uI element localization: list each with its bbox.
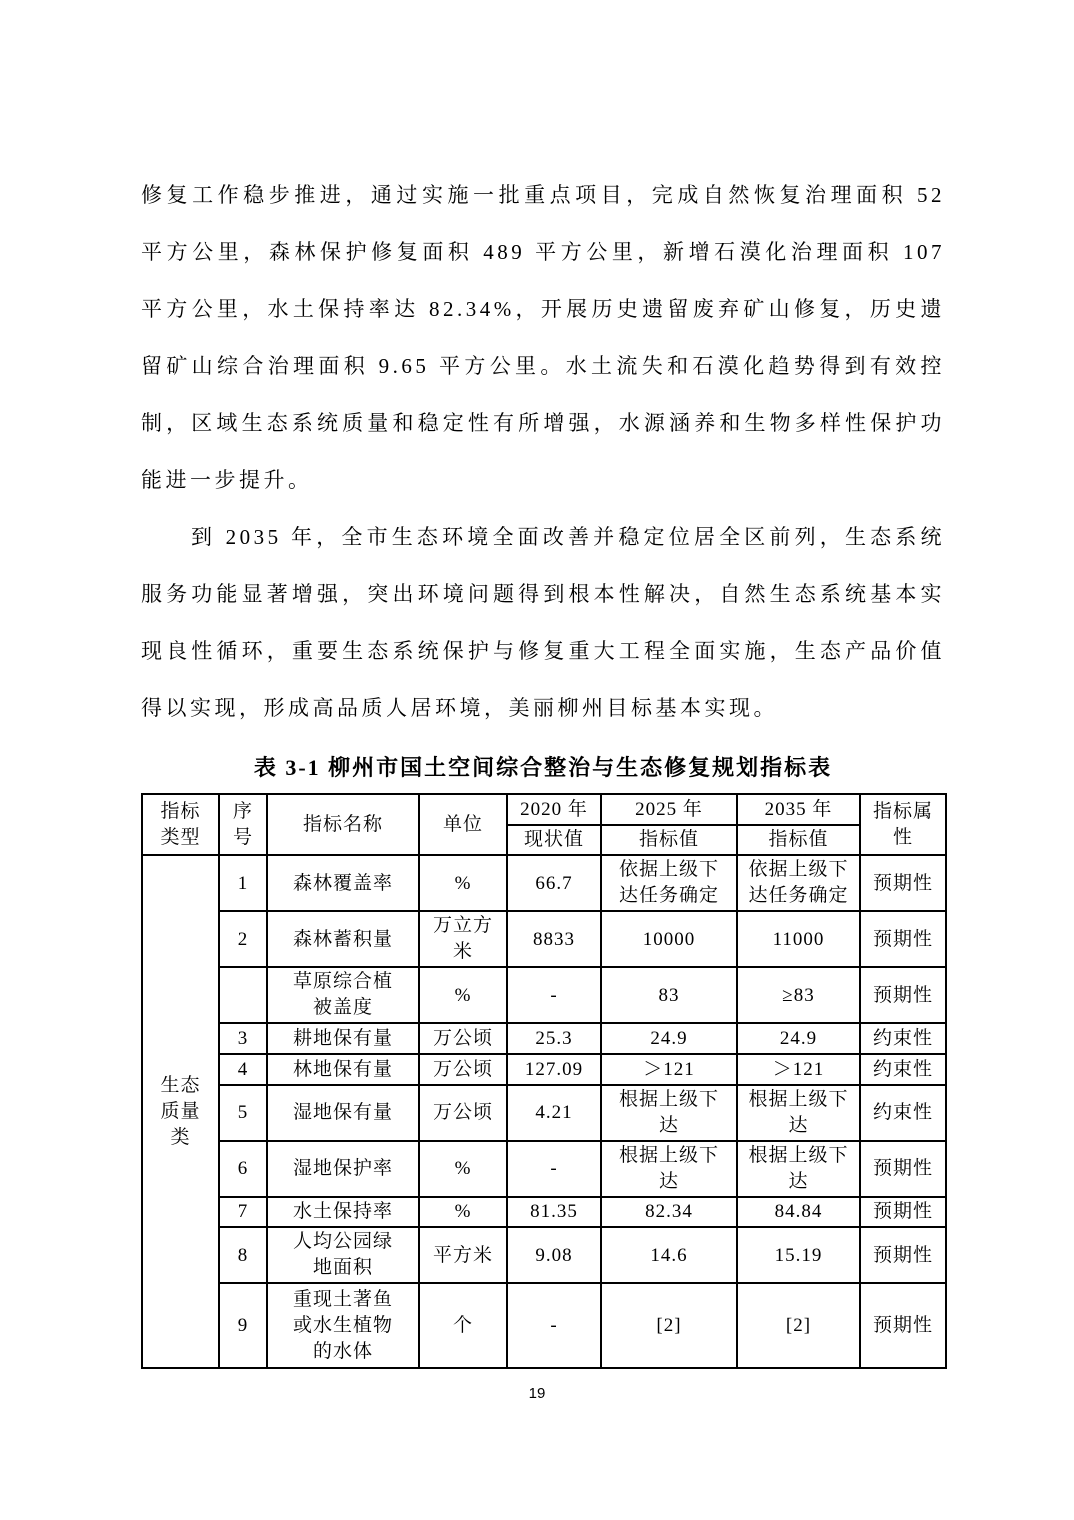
cell-text: 5 — [238, 1100, 249, 1126]
cell-text: 预期性 — [873, 1243, 933, 1269]
header-cell-2020-year: 2020 年 — [507, 794, 601, 825]
cell-text: 重现土著鱼或水生植物的水体 — [292, 1287, 394, 1365]
cell-indicator-name: 森林蓄积量 — [267, 911, 419, 967]
header-text: 2020 年 — [520, 797, 588, 823]
header-cell-seq: 序号 — [219, 794, 267, 855]
cell-attribute: 约束性 — [860, 1023, 946, 1054]
cell-indicator-name: 草原综合植被盖度 — [267, 967, 419, 1023]
cell-text: 根据上级下达 — [618, 1087, 720, 1139]
cell-2020-value: - — [507, 967, 601, 1023]
cell-2020-value: 81.35 — [507, 1197, 601, 1228]
cell-2020-value: - — [507, 1141, 601, 1197]
cell-attribute: 预期性 — [860, 1141, 946, 1197]
cell-text: 预期性 — [873, 871, 933, 897]
paragraph: 修复工作稳步推进，通过实施一批重点项目，完成自然恢复治理面积 52 平方公里，森… — [141, 167, 945, 509]
cell-text: 9.08 — [535, 1243, 572, 1269]
table-header-row: 指标类型 序号 指标名称 单位 2020 年 2025 年 2035 年 指标属… — [142, 794, 946, 825]
cell-seq: 4 — [219, 1054, 267, 1085]
cell-2020-value: 9.08 — [507, 1227, 601, 1283]
cell-text: 4.21 — [535, 1100, 572, 1126]
cell-2035-value: 根据上级下达 — [737, 1085, 860, 1141]
cell-unit: 平方米 — [419, 1227, 507, 1283]
cell-2025-value: 依据上级下达任务确定 — [601, 855, 737, 911]
document-page: 修复工作稳步推进，通过实施一批重点项目，完成自然恢复治理面积 52 平方公里，森… — [0, 0, 1074, 1520]
cell-attribute: 预期性 — [860, 1227, 946, 1283]
cell-text: ＞121 — [773, 1057, 825, 1083]
cell-2020-value: 127.09 — [507, 1054, 601, 1085]
cell-text: 草原综合植被盖度 — [292, 969, 394, 1021]
cell-2035-value: ＞121 — [737, 1054, 860, 1085]
cell-2035-value: 24.9 — [737, 1023, 860, 1054]
cell-indicator-name: 林地保有量 — [267, 1054, 419, 1085]
cell-seq: 7 — [219, 1197, 267, 1228]
cell-text: 25.3 — [535, 1026, 572, 1052]
cell-text: 1 — [238, 871, 249, 897]
cell-text: 8 — [238, 1243, 249, 1269]
cell-2025-value: ＞121 — [601, 1054, 737, 1085]
cell-text: 7 — [238, 1199, 249, 1225]
cell-text: 根据上级下达 — [748, 1143, 850, 1195]
cell-text: ＞121 — [643, 1057, 695, 1083]
cell-text: % — [455, 1199, 472, 1225]
cell-indicator-name: 水土保持率 — [267, 1197, 419, 1228]
header-cell-unit: 单位 — [419, 794, 507, 855]
cell-text: 平方米 — [433, 1243, 493, 1269]
table-row: 9 重现土著鱼或水生植物的水体 个 - [2] [2] 预期性 — [142, 1283, 946, 1368]
cell-2025-value: 10000 — [601, 911, 737, 967]
cell-text: 83 — [659, 983, 680, 1009]
cell-text: 依据上级下达任务确定 — [748, 857, 850, 909]
cell-2035-value: 15.19 — [737, 1227, 860, 1283]
cell-text: 4 — [238, 1057, 249, 1083]
cell-text: 9 — [238, 1313, 249, 1339]
cell-unit: % — [419, 855, 507, 911]
cell-text: 万立方米 — [431, 913, 495, 965]
cell-text: ≥83 — [782, 983, 814, 1009]
cell-text: 约束性 — [873, 1026, 933, 1052]
cell-2025-value: 根据上级下达 — [601, 1085, 737, 1141]
cell-seq: 2 — [219, 911, 267, 967]
cell-unit: % — [419, 1141, 507, 1197]
cell-seq — [219, 967, 267, 1023]
header-text: 现状值 — [524, 827, 584, 853]
cell-text: 万公顷 — [433, 1026, 493, 1052]
header-text: 序号 — [231, 799, 255, 851]
cell-2025-value: [2] — [601, 1283, 737, 1368]
cell-2025-value: 24.9 — [601, 1023, 737, 1054]
cell-text: 水土保持率 — [293, 1199, 393, 1225]
header-text: 指标值 — [768, 827, 828, 853]
cell-text: 个 — [453, 1313, 473, 1339]
header-cell-2025-year: 2025 年 — [601, 794, 737, 825]
header-cell-2035-year: 2035 年 — [737, 794, 860, 825]
cell-category: 生态质量类 — [142, 855, 219, 1368]
table-row: 5 湿地保有量 万公顷 4.21 根据上级下达 根据上级下达 约束性 — [142, 1085, 946, 1141]
page-content: 修复工作稳步推进，通过实施一批重点项目，完成自然恢复治理面积 52 平方公里，森… — [141, 167, 945, 1369]
cell-text: [2] — [656, 1313, 681, 1339]
cell-text: % — [455, 983, 472, 1009]
table-row: 3 耕地保有量 万公顷 25.3 24.9 24.9 约束性 — [142, 1023, 946, 1054]
cell-text: 24.9 — [650, 1026, 687, 1052]
cell-text: - — [550, 983, 557, 1009]
cell-indicator-name: 人均公园绿地面积 — [267, 1227, 419, 1283]
cell-text: 3 — [238, 1026, 249, 1052]
cell-text: 预期性 — [873, 1313, 933, 1339]
cell-indicator-name: 重现土著鱼或水生植物的水体 — [267, 1283, 419, 1368]
cell-seq: 5 — [219, 1085, 267, 1141]
cell-2035-value: 84.84 — [737, 1197, 860, 1228]
header-text: 单位 — [443, 812, 483, 838]
cell-2025-value: 83 — [601, 967, 737, 1023]
cell-2025-value: 根据上级下达 — [601, 1141, 737, 1197]
cell-text: 湿地保有量 — [293, 1100, 393, 1126]
table-row: 草原综合植被盖度 % - 83 ≥83 预期性 — [142, 967, 946, 1023]
cell-text: 2 — [238, 927, 249, 953]
cell-text: 81.35 — [530, 1199, 578, 1225]
table-row: 生态质量类 1 森林覆盖率 % 66.7 依据上级下达任务确定 依据上级下达任务… — [142, 855, 946, 911]
cell-text: 预期性 — [873, 983, 933, 1009]
header-cell-2020-sub: 现状值 — [507, 825, 601, 856]
cell-2035-value: 11000 — [737, 911, 860, 967]
cell-unit: 个 — [419, 1283, 507, 1368]
cell-unit: % — [419, 1197, 507, 1228]
cell-text: 林地保有量 — [293, 1057, 393, 1083]
cell-seq: 1 — [219, 855, 267, 911]
cell-2025-value: 82.34 — [601, 1197, 737, 1228]
cell-attribute: 约束性 — [860, 1085, 946, 1141]
cell-text: 森林覆盖率 — [293, 871, 393, 897]
cell-text: 11000 — [773, 927, 825, 953]
table-row: 2 森林蓄积量 万立方米 8833 10000 11000 预期性 — [142, 911, 946, 967]
header-text: 指标值 — [639, 827, 699, 853]
table-title: 表 3-1 柳州市国土空间综合整治与生态修复规划指标表 — [141, 753, 945, 783]
cell-text: 8833 — [533, 927, 575, 953]
header-text: 2035 年 — [765, 797, 833, 823]
cell-unit: 万公顷 — [419, 1085, 507, 1141]
cell-text: [2] — [786, 1313, 811, 1339]
cell-text: 14.6 — [650, 1243, 687, 1269]
cell-text: 森林蓄积量 — [293, 927, 393, 953]
cell-attribute: 约束性 — [860, 1054, 946, 1085]
cell-indicator-name: 湿地保有量 — [267, 1085, 419, 1141]
cell-indicator-name: 湿地保护率 — [267, 1141, 419, 1197]
cell-2020-value: 25.3 — [507, 1023, 601, 1054]
cell-2035-value: 根据上级下达 — [737, 1141, 860, 1197]
cell-unit: 万公顷 — [419, 1054, 507, 1085]
cell-attribute: 预期性 — [860, 911, 946, 967]
cell-text: 万公顷 — [433, 1100, 493, 1126]
cell-seq: 3 — [219, 1023, 267, 1054]
table-row: 7 水土保持率 % 81.35 82.34 84.84 预期性 — [142, 1197, 946, 1228]
cell-text: 15.19 — [775, 1243, 823, 1269]
header-text: 指标类型 — [158, 799, 204, 851]
cell-2035-value: 依据上级下达任务确定 — [737, 855, 860, 911]
table-row: 6 湿地保护率 % - 根据上级下达 根据上级下达 预期性 — [142, 1141, 946, 1197]
header-cell-2035-sub: 指标值 — [737, 825, 860, 856]
cell-text: 万公顷 — [433, 1057, 493, 1083]
cell-2025-value: 14.6 — [601, 1227, 737, 1283]
cell-text: 66.7 — [535, 871, 572, 897]
cell-indicator-name: 耕地保有量 — [267, 1023, 419, 1054]
cell-attribute: 预期性 — [860, 855, 946, 911]
cell-text: 6 — [238, 1156, 249, 1182]
cell-attribute: 预期性 — [860, 967, 946, 1023]
cell-2035-value: [2] — [737, 1283, 860, 1368]
cell-seq: 6 — [219, 1141, 267, 1197]
cell-2020-value: - — [507, 1283, 601, 1368]
cell-text: 24.9 — [780, 1026, 817, 1052]
header-text: 指标属性 — [871, 799, 935, 851]
cell-seq: 9 — [219, 1283, 267, 1368]
cell-text: 依据上级下达任务确定 — [618, 857, 720, 909]
cell-indicator-name: 森林覆盖率 — [267, 855, 419, 911]
cell-text: 预期性 — [873, 927, 933, 953]
cell-attribute: 预期性 — [860, 1283, 946, 1368]
header-cell-2025-sub: 指标值 — [601, 825, 737, 856]
cell-text: 约束性 — [873, 1100, 933, 1126]
page-number: 19 — [0, 1385, 1074, 1402]
header-cell-indicator-type: 指标类型 — [142, 794, 219, 855]
cell-text: % — [455, 1156, 472, 1182]
cell-text: - — [550, 1313, 557, 1339]
indicator-table: 指标类型 序号 指标名称 单位 2020 年 2025 年 2035 年 指标属… — [141, 793, 947, 1369]
cell-text: 根据上级下达 — [618, 1143, 720, 1195]
cell-2020-value: 8833 — [507, 911, 601, 967]
cell-text: 人均公园绿地面积 — [292, 1229, 394, 1281]
table-row: 8 人均公园绿地面积 平方米 9.08 14.6 15.19 预期性 — [142, 1227, 946, 1283]
cell-unit: 万公顷 — [419, 1023, 507, 1054]
cell-2035-value: ≥83 — [737, 967, 860, 1023]
cell-text: 127.09 — [525, 1057, 583, 1083]
table-row: 4 林地保有量 万公顷 127.09 ＞121 ＞121 约束性 — [142, 1054, 946, 1085]
cell-text: % — [455, 871, 472, 897]
cell-text: - — [550, 1156, 557, 1182]
paragraph: 到 2035 年，全市生态环境全面改善并稳定位居全区前列，生态系统服务功能显著增… — [141, 509, 945, 737]
cell-unit: % — [419, 967, 507, 1023]
cell-text: 约束性 — [873, 1057, 933, 1083]
cell-text: 生态质量类 — [158, 1073, 204, 1151]
cell-2020-value: 66.7 — [507, 855, 601, 911]
header-text: 指标名称 — [303, 812, 383, 838]
cell-attribute: 预期性 — [860, 1197, 946, 1228]
cell-text: 84.84 — [775, 1199, 823, 1225]
cell-unit: 万立方米 — [419, 911, 507, 967]
cell-text: 湿地保护率 — [293, 1156, 393, 1182]
header-cell-attribute: 指标属性 — [860, 794, 946, 855]
header-cell-indicator-name: 指标名称 — [267, 794, 419, 855]
cell-text: 预期性 — [873, 1199, 933, 1225]
header-text: 2025 年 — [635, 797, 703, 823]
cell-text: 根据上级下达 — [748, 1087, 850, 1139]
cell-text: 10000 — [643, 927, 696, 953]
cell-text: 预期性 — [873, 1156, 933, 1182]
cell-seq: 8 — [219, 1227, 267, 1283]
cell-text: 82.34 — [645, 1199, 693, 1225]
cell-text: 耕地保有量 — [293, 1026, 393, 1052]
cell-2020-value: 4.21 — [507, 1085, 601, 1141]
